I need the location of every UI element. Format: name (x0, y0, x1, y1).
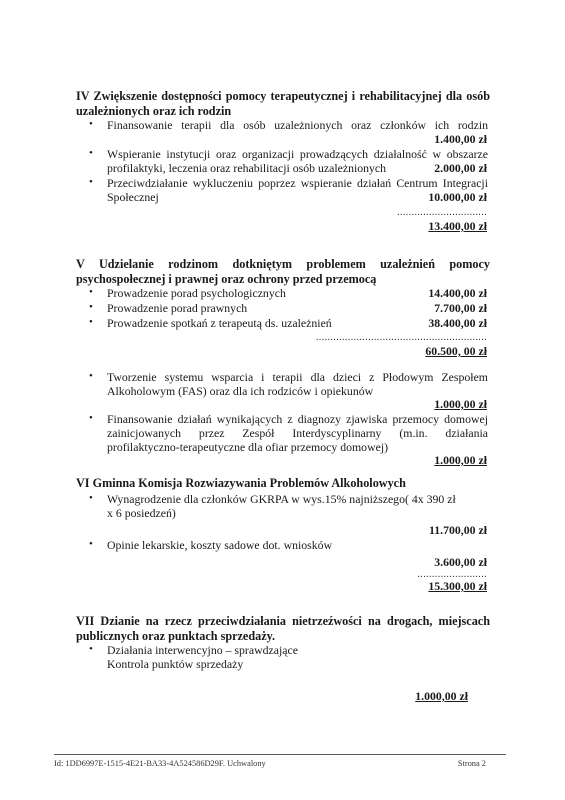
bullet-icon: • (89, 118, 93, 130)
section-vi-total: 15.300,00 zł (428, 579, 487, 593)
bullet-icon: • (89, 286, 93, 298)
bullet-icon: • (89, 412, 93, 424)
section-vii-heading: VII Dzianie na rzecz przeciwdziałania ni… (76, 614, 490, 644)
footer-page-number: Strona 2 (458, 759, 486, 769)
bullet-icon: • (89, 176, 93, 188)
section-v-total: 60.500, 00 zł (425, 344, 487, 358)
section-v-dots-separator: ........................................… (316, 333, 487, 343)
section-v-extra-item-1-amount: 1.000,00 zł (434, 397, 487, 411)
section-v-item-2-text: Prowadzenie porad prawnych (107, 301, 367, 315)
bullet-icon: • (89, 301, 93, 313)
footer-divider (54, 754, 506, 755)
section-v-item-1-text: Prowadzenie porad psychologicznych (107, 286, 367, 300)
bullet-icon: • (89, 147, 93, 159)
section-v-extra-item-2-amount: 1.000,00 zł (434, 453, 487, 467)
section-vii-item-1-amount: 1.000,00 zł (415, 689, 468, 703)
bullet-icon: • (89, 492, 93, 504)
section-iv-heading: IV Zwiększenie dostępności pomocy terape… (76, 89, 490, 119)
document-page: IV Zwiększenie dostępności pomocy terape… (0, 0, 565, 800)
bullet-icon: • (89, 316, 93, 328)
section-v-item-3-amount: 38.400,00 zł (428, 316, 487, 330)
bullet-icon: • (89, 370, 93, 382)
section-vi-item-2-text: Opinie lekarskie, koszty sadowe dot. wni… (107, 538, 488, 552)
bullet-icon: • (89, 643, 93, 655)
section-vi-item-2-amount: 3.600,00 zł (434, 555, 487, 569)
section-v-item-1-amount: 14.400,00 zł (428, 286, 487, 300)
section-iv-item-2-text: Wspieranie instytucji oraz organizacji p… (107, 147, 407, 175)
section-v-item-2-amount: 7.700,00 zł (434, 301, 487, 315)
section-iv-dots-separator: ............................... (397, 208, 487, 218)
section-iv-item-1-text: Finansowanie terapii dla osób uzależnion… (107, 118, 488, 132)
section-iv-item-3-amount: 10.000,00 zł (428, 190, 487, 204)
section-vii-item-1-line2: Kontrola punktów sprzedaży (107, 657, 488, 671)
section-v-heading: V Udzielanie rodzinom dotkniętym problem… (76, 257, 490, 287)
section-v-extra-item-2-text: Finansowanie działań wynikających z diag… (107, 412, 488, 454)
section-vi-item-1-amount: 11.700,00 zł (429, 523, 487, 537)
footer-document-id: Id: 1DD6997E-1515-4E21-BA33-4A524586D29F… (54, 759, 266, 769)
section-iv-item-2-text-inner: Wspieranie instytucji oraz organizacji p… (107, 147, 488, 175)
section-vii-item-1-line1: Działania interwencyjno – sprawdzające (107, 643, 488, 657)
section-iv-item-2-amount: 2.000,00 zł (434, 161, 487, 175)
section-v-extra-item-1-text: Tworzenie systemu wsparcia i terapii dla… (107, 370, 488, 398)
section-v-item-3-text: Prowadzenie spotkań z terapeutą ds. uzal… (107, 316, 367, 330)
bullet-icon: • (89, 538, 93, 550)
section-iv-item-1-amount: 1.400,00 zł (434, 132, 487, 146)
section-vi-item-1-text: Wynagrodzenie dla członków GKRPA w wys.1… (107, 492, 457, 520)
section-iv-total: 13.400,00 zł (428, 219, 487, 233)
section-vi-heading: VI Gminna Komisja Rozwiazywania Problemó… (76, 476, 490, 491)
